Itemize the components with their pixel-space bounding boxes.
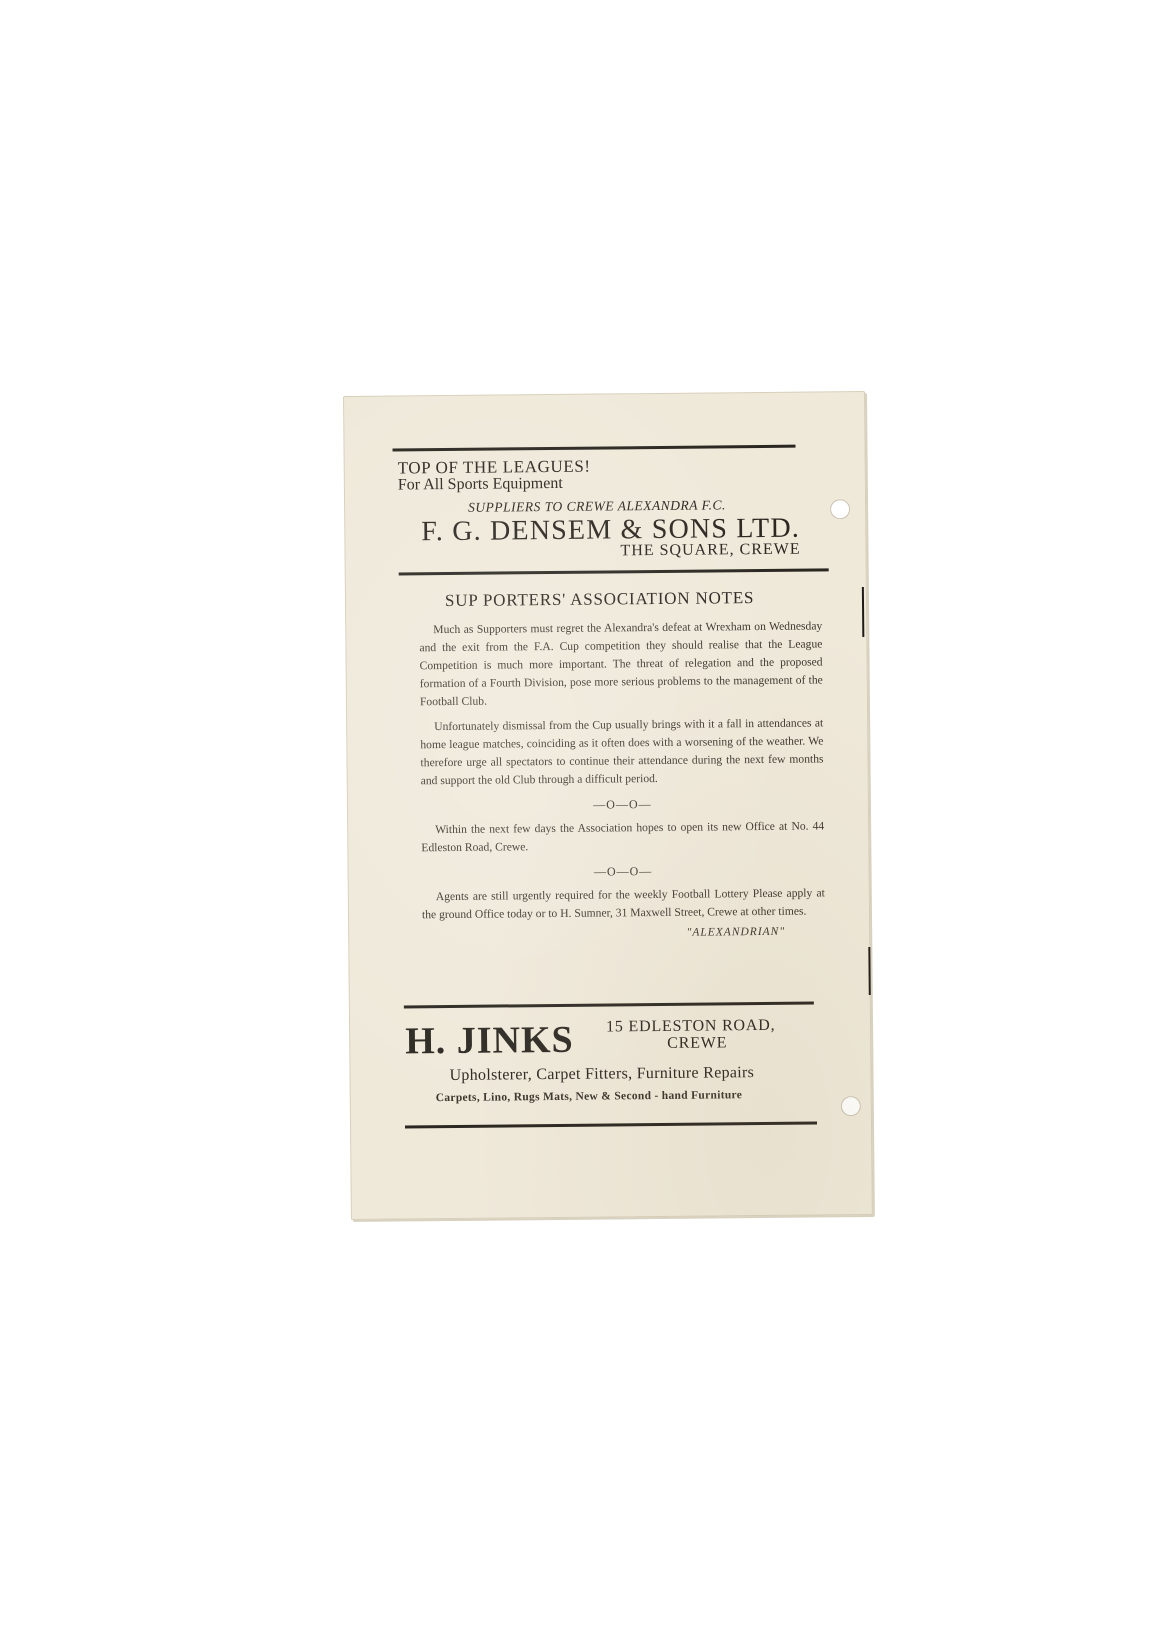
top-rule — [393, 445, 796, 452]
separator: —O—O— — [421, 793, 824, 815]
mid-rule — [399, 568, 829, 575]
top-ad-address: THE SQUARE, CREWE — [620, 541, 800, 561]
top-ad-headline: TOP OF THE LEAGUES! — [398, 458, 591, 477]
punch-hole — [830, 499, 850, 519]
jinks-address-line1: 15 EDLESTON ROAD, — [606, 1017, 775, 1037]
top-ad-subline: For All Sports Equipment — [398, 475, 563, 494]
lower-rule — [404, 1002, 814, 1009]
signature: "ALEXANDRIAN" — [422, 922, 825, 944]
punch-hole — [841, 1096, 861, 1116]
notes-paragraph: Unfortunately dismissal from the Cup usu… — [420, 714, 824, 790]
notes-paragraph: Within the next few days the Association… — [421, 817, 824, 857]
binding-mark — [868, 947, 870, 995]
jinks-name: H. JINKS — [405, 1018, 574, 1064]
separator: —O—O— — [421, 860, 824, 882]
notes-title: SUP PORTERS' ASSOCIATION NOTES — [445, 588, 754, 611]
notes-paragraph: Much as Supporters must regret the Alexa… — [419, 617, 823, 711]
binding-mark — [862, 587, 864, 637]
bottom-rule — [405, 1121, 817, 1128]
jinks-goods: Carpets, Lino, Rugs Mats, New & Second -… — [436, 1089, 742, 1104]
programme-page: TOP OF THE LEAGUES! For All Sports Equip… — [343, 391, 873, 1220]
notes-body: Much as Supporters must regret the Alexa… — [419, 617, 825, 944]
jinks-trade: Upholsterer, Carpet Fitters, Furniture R… — [449, 1064, 754, 1085]
notes-paragraph: Agents are still urgently required for t… — [422, 884, 825, 924]
jinks-address-line2: CREWE — [667, 1034, 727, 1053]
